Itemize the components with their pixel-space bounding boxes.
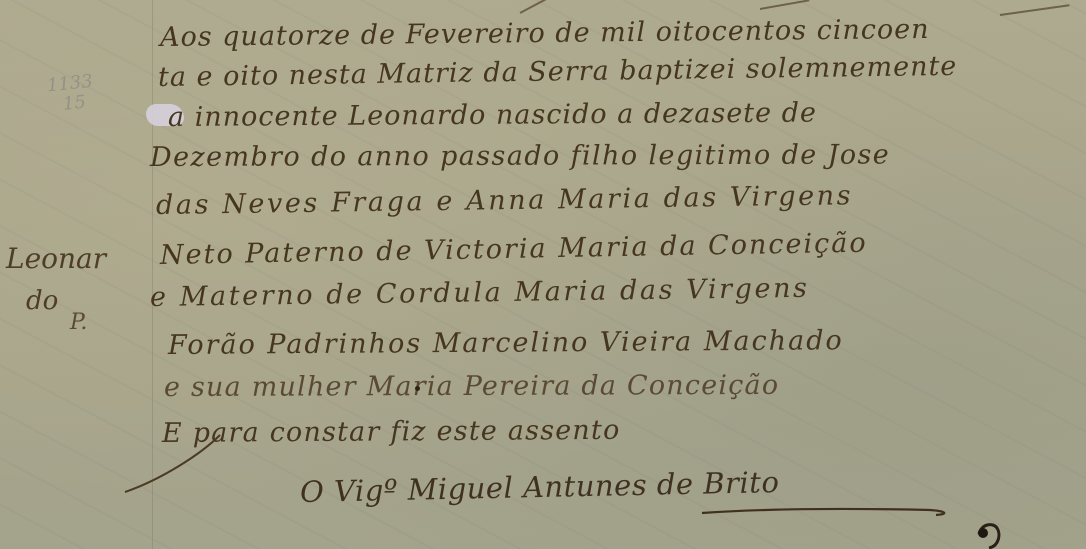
- body-line-1: Aos quatorze de Fevereiro de mil oitocen…: [160, 14, 930, 53]
- pen-tail-stroke: [120, 430, 240, 500]
- ink-dot: [415, 386, 420, 391]
- body-line-9: e sua mulher Maria Pereira da Conceição: [164, 370, 779, 403]
- body-line-6: Neto Paterno de Victoria Maria da Concei…: [160, 228, 868, 271]
- body-line-3: a innocente Leonardo nascido a dezasete …: [168, 97, 817, 133]
- body-line-5: das Neves Fraga e Anna Maria das Virgens: [156, 180, 854, 221]
- document-page: 1133 15 Leonar do P. Aos quatorze de Fev…: [0, 0, 1086, 549]
- body-line-2: ta e oito nesta Matriz da Serra baptizei…: [158, 51, 958, 93]
- body-line-7: e Materno de Cordula Maria das Virgens: [150, 273, 810, 313]
- ink-blot: [975, 520, 1005, 549]
- body-line-4: Dezembro do anno passado filho legitimo …: [150, 139, 890, 173]
- body-line-8: Forão Padrinhos Marcelino Vieira Machado: [168, 325, 844, 361]
- signature-underline-flourish: [700, 505, 960, 517]
